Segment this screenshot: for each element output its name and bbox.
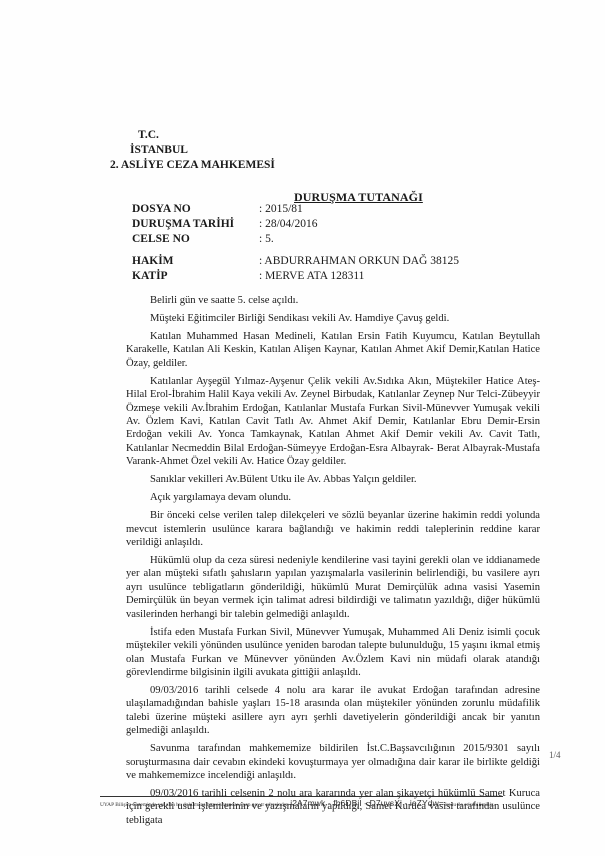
access-code: j2A7mwk - fb6DBjI - D7uvsXj - ieZYdw= — [290, 798, 444, 808]
session-number-label: CELSE NO — [132, 232, 259, 247]
judge-value: : ABDURRAHMAN ORKUN DAĞ 38125 — [259, 254, 459, 269]
footer-prefix: UYAP Bilişim Sisteminde yer alan bu dokü… — [100, 802, 289, 808]
paragraph: Bir önceki celse verilen talep dilekçele… — [126, 509, 540, 549]
hearing-minutes-body: Belirli gün ve saatte 5. celse açıldı. M… — [126, 294, 540, 832]
paragraph: Katılanlar Ayşegül Yılmaz-Ayşenur Çelik … — [126, 375, 540, 469]
clerk-label: KATİP — [132, 269, 259, 284]
official-row: KATİP : MERVE ATA 128311 — [132, 269, 459, 284]
paragraph: Savunma tarafından mahkememize bildirile… — [126, 742, 540, 782]
page-number: 1/4 — [549, 750, 561, 760]
file-number-label: DOSYA NO — [132, 202, 259, 217]
document-page: T.C. İSTANBUL 2. ASLİYE CEZA MAHKEMESİ D… — [0, 0, 605, 856]
judge-label: HAKİM — [132, 254, 259, 269]
case-info: DOSYA NO : 2015/81 DURUŞMA TARİHİ : 28/0… — [132, 202, 317, 247]
paragraph: Hükümlü olup da ceza süresi nedeniyle ke… — [126, 554, 540, 621]
case-info-row: CELSE NO : 5. — [132, 232, 317, 247]
paragraph: Katılan Muhammed Hasan Medineli, Katılan… — [126, 330, 540, 370]
court-name: 2. ASLİYE CEZA MAHKEMESİ — [110, 158, 310, 173]
officials: HAKİM : ABDURRAHMAN ORKUN DAĞ 38125 KATİ… — [132, 254, 459, 284]
case-info-row: DOSYA NO : 2015/81 — [132, 202, 317, 217]
paragraph: Sanıklar vekilleri Av.Bülent Utku ile Av… — [126, 473, 540, 486]
court-header: T.C. İSTANBUL 2. ASLİYE CEZA MAHKEMESİ — [110, 128, 310, 173]
clerk-value: : MERVE ATA 128311 — [259, 269, 364, 284]
paragraph: İstifa eden Mustafa Furkan Sivil, Münevv… — [126, 626, 540, 680]
file-number-value: : 2015/81 — [259, 202, 303, 217]
paragraph: Müşteki Eğitimciler Birliği Sendikası ve… — [126, 312, 540, 325]
footer-divider — [100, 796, 503, 797]
hearing-date-label: DURUŞMA TARİHİ — [132, 217, 259, 232]
paragraph: Belirli gün ve saatte 5. celse açıldı. — [126, 294, 540, 307]
session-number-value: : 5. — [259, 232, 274, 247]
official-row: HAKİM : ABDURRAHMAN ORKUN DAĞ 38125 — [132, 254, 459, 269]
city-label: İSTANBUL — [110, 143, 310, 158]
paragraph: 09/03/2016 tarihli celsede 4 nolu ara ka… — [126, 684, 540, 738]
case-info-row: DURUŞMA TARİHİ : 28/04/2016 — [132, 217, 317, 232]
country-label: T.C. — [110, 128, 310, 143]
hearing-date-value: : 28/04/2016 — [259, 217, 317, 232]
footer-suffix: kodu ile erişebilirsiniz. — [445, 802, 495, 808]
footer-note: UYAP Bilişim Sisteminde yer alan bu dokü… — [100, 799, 510, 810]
paragraph: Açık yargılamaya devam olundu. — [126, 491, 540, 504]
